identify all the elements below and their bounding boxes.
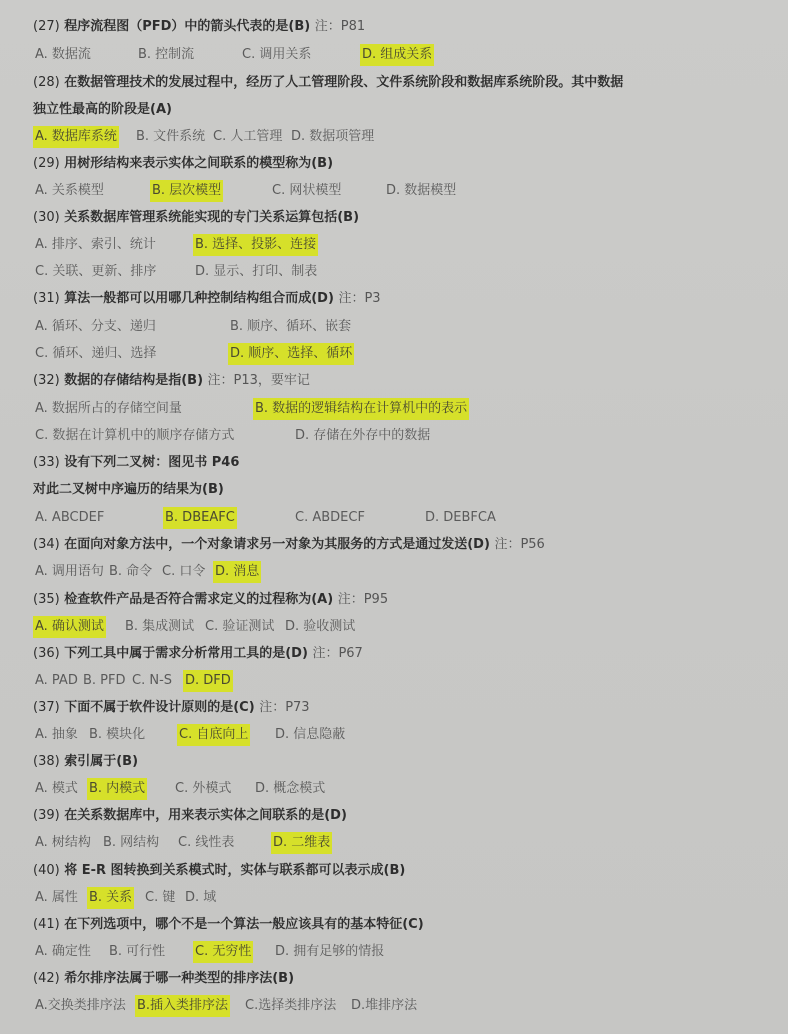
options-row: A. PADB. PFDC. N-SD. DFD [33,670,773,692]
question-number: (40) [33,863,60,878]
answer-option: A. 数据流 [33,44,93,66]
options-row: A. 数据库系统B. 文件系统C. 人工管理D. 数据项管理 [33,126,773,148]
page-note: 注：P95 [338,592,388,607]
question-text-continued: 独立性最高的阶段是(A) [33,99,172,121]
answer-option-highlighted: B. DBEAFC [163,507,237,529]
answer-option: C. 循环、递归、选择 [33,343,158,365]
question-40: (40) 将 E-R 图转换到关系模式时，实体与联系都可以表示成(B) [33,860,405,882]
options-row: A. 模式B. 内模式C. 外模式D. 概念模式 [33,778,773,800]
question-number: (27) [33,19,60,34]
question-text: 将 E-R 图转换到关系模式时，实体与联系都可以表示成(B) [64,863,405,878]
page-note: 注：P13，要牢记 [208,373,310,388]
answer-option: C. 网状模型 [270,180,343,202]
question-29: (29) 用树形结构来表示实体之间联系的模型称为(B) [33,153,333,175]
answer-option: C. 键 [143,887,177,909]
answer-option: C. 调用关系 [240,44,313,66]
question-number: (36) [33,646,60,661]
answer-option: A. 确定性 [33,941,93,963]
answer-option: C. 数据在计算机中的顺序存储方式 [33,425,236,447]
answer-option: A. 数据所占的存储空间量 [33,398,184,420]
question-text: 下列工具中属于需求分析常用工具的是(D) [64,646,308,661]
question-number: (28) [33,75,60,90]
page-note: 注：P56 [494,537,544,552]
page-note: 注：P73 [259,700,309,715]
page-note: 注：P67 [312,646,362,661]
question-number: (38) [33,754,60,769]
question-text: 下面不属于软件设计原则的是(C) [64,700,254,715]
options-row: A. 调用语句B. 命令C. 口令D. 消息 [33,561,773,583]
answer-option: A. 排序、索引、统计 [33,234,158,256]
answer-option: C. 关联、更新、排序 [33,261,158,283]
answer-option: C. 线性表 [176,832,236,854]
question-36: (36) 下列工具中属于需求分析常用工具的是(D) 注：P67 [33,643,363,665]
answer-option: A. ABCDEF [33,507,106,529]
question-33: (33) 设有下列二叉树：图见书 P46 [33,452,239,474]
answer-option: C. ABDECF [293,507,367,529]
answer-option: A. 循环、分支、递归 [33,316,158,338]
answer-option: D.堆排序法 [349,995,419,1017]
answer-option: D. 数据项管理 [289,126,376,148]
question-42: (42) 希尔排序法属于哪一种类型的排序法(B) [33,968,294,990]
question-text: 在面向对象方法中，一个对象请求另一对象为其服务的方式是通过发送(D) [64,537,490,552]
question-30: (30) 关系数据库管理系统能实现的专门关系运算包括(B) [33,207,359,229]
options-row: A. 数据所占的存储空间量B. 数据的逻辑结构在计算机中的表示 [33,398,773,420]
answer-option-highlighted: B. 选择、投影、连接 [193,234,318,256]
question-number: (29) [33,156,60,171]
answer-option-highlighted: B. 关系 [87,887,134,909]
question-32: (32) 数据的存储结构是指(B) 注：P13，要牢记 [33,370,310,392]
answer-option: B. 命令 [107,561,154,583]
answer-option: B. 集成测试 [123,616,196,638]
question-number: (35) [33,592,60,607]
question-number: (31) [33,291,60,306]
question-27: (27) 程序流程图（PFD）中的箭头代表的是(B) 注：P81 [33,16,365,38]
answer-option-highlighted: D. 二维表 [271,832,332,854]
answer-option-highlighted: A. 数据库系统 [33,126,119,148]
answer-option-highlighted: B. 层次模型 [150,180,223,202]
question-text: 算法一般都可以用哪几种控制结构组合而成(D) [64,291,334,306]
answer-option: A. PAD [33,670,80,692]
answer-option: D. 信息隐蔽 [273,724,347,746]
answer-option: C. N-S [130,670,174,692]
question-text: 设有下列二叉树：图见书 P46 [64,455,239,470]
answer-option-highlighted: C. 自底向上 [177,724,250,746]
question-number: (37) [33,700,60,715]
answer-option: D. 概念模式 [253,778,327,800]
options-row: A.交换类排序法B.插入类排序法C.选择类排序法D.堆排序法 [33,995,773,1017]
answer-option: A.交换类排序法 [33,995,128,1017]
options-row: A. 排序、索引、统计B. 选择、投影、连接 [33,234,773,256]
question-34: (34) 在面向对象方法中，一个对象请求另一对象为其服务的方式是通过发送(D) … [33,534,545,556]
answer-option: C. 外模式 [173,778,233,800]
answer-option: B. 文件系统 [134,126,207,148]
answer-option-highlighted: C. 无穷性 [193,941,253,963]
options-row: C. 循环、递归、选择D. 顺序、选择、循环 [33,343,773,365]
page-note: 注：P81 [315,19,365,34]
options-row: A. 确定性B. 可行性C. 无穷性D. 拥有足够的情报 [33,941,773,963]
question-text: 在关系数据库中，用来表示实体之间联系的是(D) [64,808,347,823]
answer-option: C.选择类排序法 [243,995,338,1017]
options-row: A. ABCDEFB. DBEAFCC. ABDECFD. DEBFCA [33,507,773,529]
question-number: (33) [33,455,60,470]
question-text: 检查软件产品是否符合需求定义的过程称为(A) [64,592,333,607]
answer-option: B. 顺序、循环、嵌套 [228,316,353,338]
question-39: (39) 在关系数据库中，用来表示实体之间联系的是(D) [33,805,347,827]
question-text-continued: 对此二叉树中序遍历的结果为(B) [33,479,224,501]
answer-option: D. 验收测试 [283,616,357,638]
answer-option: A. 属性 [33,887,80,909]
exam-page: (27) 程序流程图（PFD）中的箭头代表的是(B) 注：P81A. 数据流B.… [0,0,788,1034]
question-38: (38) 索引属于(B) [33,751,138,773]
options-row: A. 关系模型B. 层次模型C. 网状模型D. 数据模型 [33,180,773,202]
answer-option: A. 调用语句 [33,561,106,583]
question-37: (37) 下面不属于软件设计原则的是(C) 注：P73 [33,697,310,719]
options-row: A. 树结构B. 网结构C. 线性表D. 二维表 [33,832,773,854]
answer-option: D. 拥有足够的情报 [273,941,386,963]
answer-option: B. 控制流 [136,44,196,66]
question-text: 数据的存储结构是指(B) [64,373,203,388]
question-number: (30) [33,210,60,225]
answer-option-highlighted: D. 消息 [213,561,261,583]
options-row: A. 属性B. 关系C. 键D. 域 [33,887,773,909]
question-28: (28) 在数据管理技术的发展过程中，经历了人工管理阶段、文件系统阶段和数据库系… [33,72,623,94]
question-text: 程序流程图（PFD）中的箭头代表的是(B) [64,19,310,34]
answer-option-highlighted: D. 组成关系 [360,44,434,66]
answer-option: A. 树结构 [33,832,93,854]
question-number: (42) [33,971,60,986]
answer-option: A. 抽象 [33,724,80,746]
answer-option: D. 存储在外存中的数据 [293,425,432,447]
answer-option: B. 模块化 [87,724,147,746]
answer-option: B. PFD [81,670,128,692]
answer-option: A. 模式 [33,778,80,800]
answer-option-highlighted: D. 顺序、选择、循环 [228,343,354,365]
options-row: C. 数据在计算机中的顺序存储方式D. 存储在外存中的数据 [33,425,773,447]
question-text: 在数据管理技术的发展过程中，经历了人工管理阶段、文件系统阶段和数据库系统阶段。其… [64,75,623,90]
options-row: A. 抽象B. 模块化C. 自底向上D. 信息隐蔽 [33,724,773,746]
question-text: 在下列选项中，哪个不是一个算法一般应该具有的基本特征(C) [64,917,423,932]
question-text: 索引属于(B) [64,754,138,769]
question-35: (35) 检查软件产品是否符合需求定义的过程称为(A) 注：P95 [33,589,388,611]
question-31: (31) 算法一般都可以用哪几种控制结构组合而成(D) 注：P3 [33,288,381,310]
question-text: 用树形结构来表示实体之间联系的模型称为(B) [64,156,333,171]
question-text: 希尔排序法属于哪一种类型的排序法(B) [64,971,294,986]
page-note: 注：P3 [338,291,380,306]
answer-option: D. 数据模型 [384,180,458,202]
answer-option: B. 可行性 [107,941,167,963]
answer-option-highlighted: D. DFD [183,670,233,692]
answer-option: B. 网结构 [101,832,161,854]
question-number: (34) [33,537,60,552]
options-row: C. 关联、更新、排序D. 显示、打印、制表 [33,261,773,283]
question-text: 关系数据库管理系统能实现的专门关系运算包括(B) [64,210,359,225]
question-number: (32) [33,373,60,388]
answer-option: C. 口令 [160,561,207,583]
options-row: A. 循环、分支、递归B. 顺序、循环、嵌套 [33,316,773,338]
answer-option-highlighted: B.插入类排序法 [135,995,230,1017]
question-41: (41) 在下列选项中，哪个不是一个算法一般应该具有的基本特征(C) [33,914,424,936]
answer-option: A. 关系模型 [33,180,106,202]
options-row: A. 数据流B. 控制流C. 调用关系D. 组成关系 [33,44,773,66]
answer-option: D. 域 [183,887,218,909]
question-number: (41) [33,917,60,932]
answer-option-highlighted: B. 数据的逻辑结构在计算机中的表示 [253,398,469,420]
answer-option: D. 显示、打印、制表 [193,261,319,283]
answer-option: C. 验证测试 [203,616,276,638]
options-row: A. 确认测试B. 集成测试C. 验证测试D. 验收测试 [33,616,773,638]
answer-option-highlighted: A. 确认测试 [33,616,106,638]
answer-option-highlighted: B. 内模式 [87,778,147,800]
question-number: (39) [33,808,60,823]
answer-option: D. DEBFCA [423,507,498,529]
answer-option: C. 人工管理 [211,126,284,148]
